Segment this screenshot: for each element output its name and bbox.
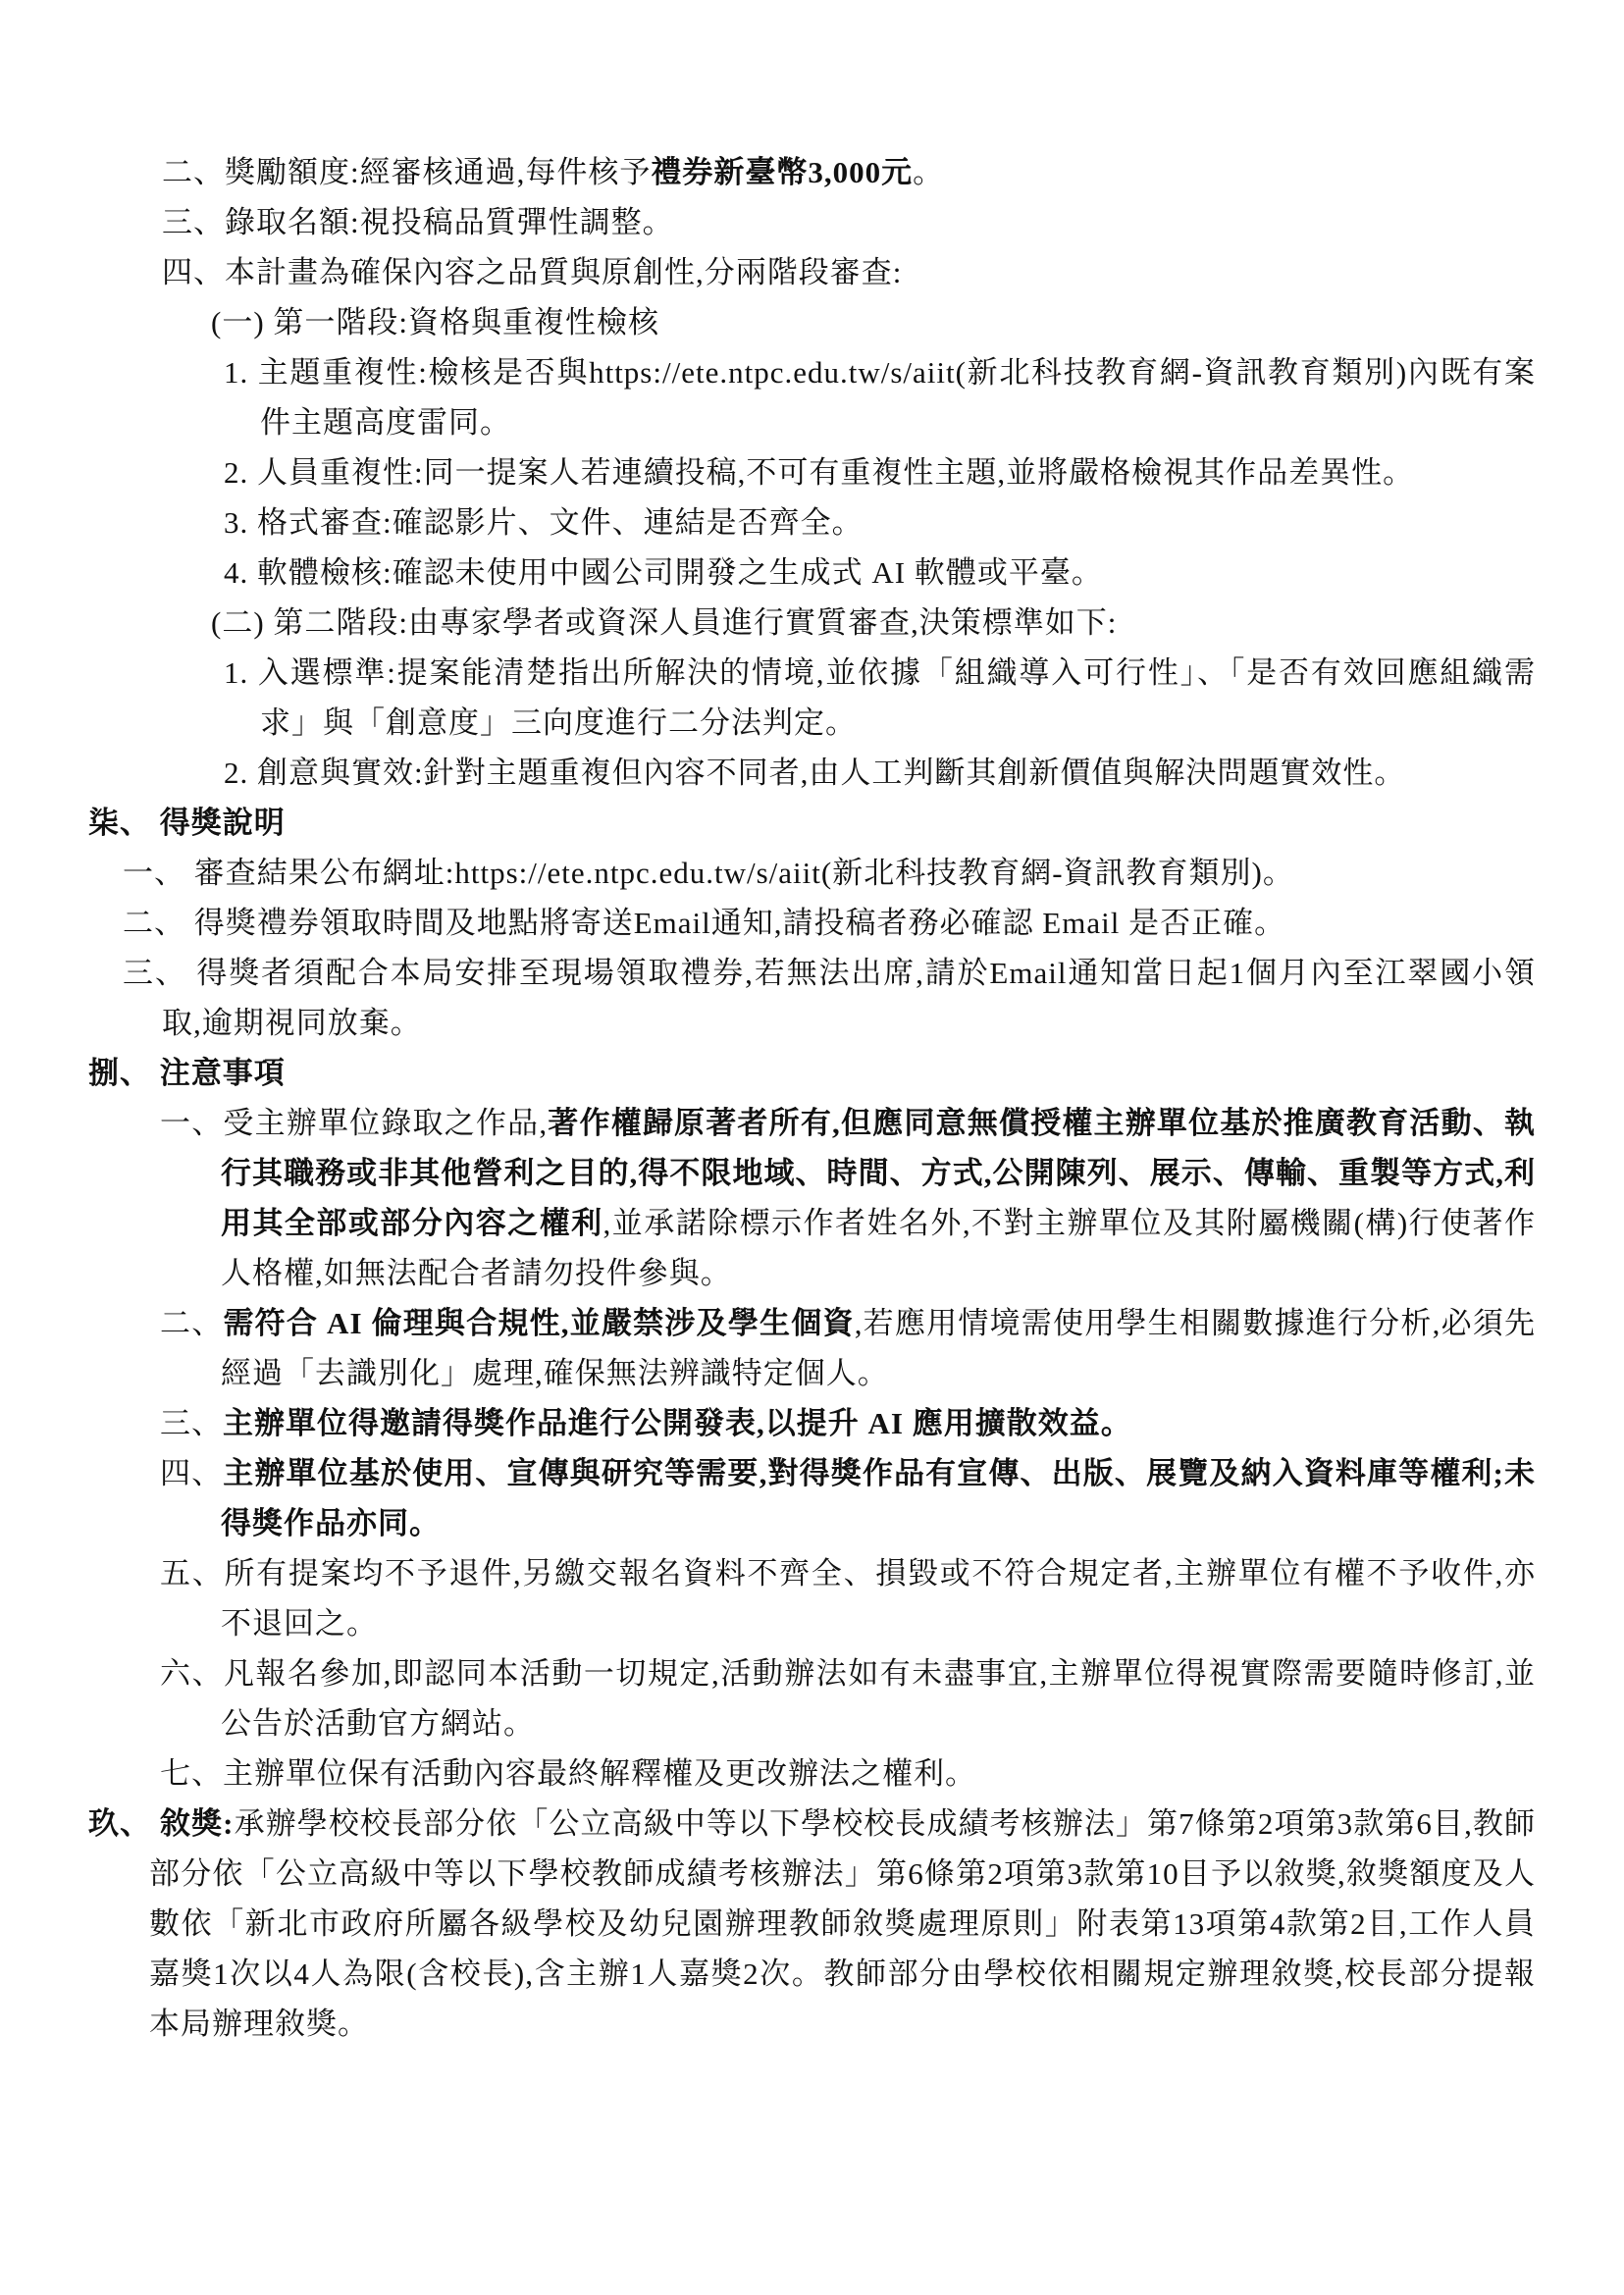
paragraph: 三、錄取名額:視投稿品質彈性調整。 [88,197,1536,247]
text-run: (一) 第一階段:資格與重複性檢核 [211,305,659,339]
bold-text-run: 玖、 敘獎: [88,1806,235,1841]
document-page: 二、獎勵額度:經審核通過,每件核予禮券新臺幣3,000元。三、錄取名額:視投稿品… [0,0,1624,2295]
paragraph: 七、主辦單位保有活動內容最終解釋權及更改辦法之權利。 [88,1748,1536,1799]
text-run: 2. 創意與實效:針對主題重複但內容不同者,由人工判斷其創新價值與解決問題實效性… [224,756,1405,790]
paragraph: 捌、 注意事項 [88,1048,1536,1098]
text-run: 二、 [160,1306,223,1340]
text-run: 五、所有提案均不予退件,另繳交報名資料不齊全、損毀或不符合規定者,主辦單位有權不… [160,1556,1536,1641]
bold-text-run: 需符合 AI 倫理與合規性,並嚴禁涉及學生個資 [223,1306,854,1340]
text-run: 1. 入選標準:提案能清楚指出所解決的情境,並依據「組織導入可行性」、「是否有效… [224,655,1536,740]
paragraph: 四、本計畫為確保內容之品質與原創性,分兩階段審查: [88,247,1536,297]
text-run: 2. 人員重複性:同一提案人若連續投稿,不可有重複性主題,並將嚴格檢視其作品差異… [224,455,1414,490]
paragraph: 四、主辦單位基於使用、宣傳與研究等需要,對得獎作品有宣傳、出版、展覽及納入資料庫… [88,1448,1536,1548]
text-run: 。 [913,155,944,189]
paragraph: 2. 人員重複性:同一提案人若連續投稿,不可有重複性主題,並將嚴格檢視其作品差異… [88,447,1536,497]
paragraph: 1. 入選標準:提案能清楚指出所解決的情境,並依據「組織導入可行性」、「是否有效… [88,648,1536,748]
document-body: 二、獎勵額度:經審核通過,每件核予禮券新臺幣3,000元。三、錄取名額:視投稿品… [88,147,1536,2049]
text-run: 三、 得獎者須配合本局安排至現場領取禮券,若無法出席,請於Email通知當日起1… [123,956,1536,1040]
text-run: 二、獎勵額度:經審核通過,每件核予 [162,155,651,189]
text-run: 3. 格式審查:確認影片、文件、連結是否齊全。 [224,505,864,540]
bold-text-run: 柒、 得獎說明 [88,806,286,840]
paragraph: 柒、 得獎說明 [88,798,1536,848]
paragraph: (二) 第二階段:由專家學者或資深人員進行實質審查,決策標準如下: [88,598,1536,648]
text-run: 一、 審查結果公布網址:https://ete.ntpc.edu.tw/s/ai… [123,856,1294,890]
paragraph: 三、主辦單位得邀請得獎作品進行公開發表,以提升 AI 應用擴散效益。 [88,1398,1536,1448]
text-run: 六、凡報名參加,即認同本活動一切規定,活動辦法如有未盡事宜,主辦單位得視實際需要… [160,1656,1536,1741]
text-run: 承辦學校校長部分依「公立高級中等以下學校校長成績考核辦法」第7條第2項第3款第6… [149,1806,1536,2041]
paragraph: 一、受主辦單位錄取之作品,著作權歸原著者所有,但應同意無償授權主辦單位基於推廣教… [88,1098,1536,1298]
paragraph: 一、 審查結果公布網址:https://ete.ntpc.edu.tw/s/ai… [88,848,1536,898]
text-run: 二、 得獎禮券領取時間及地點將寄送Email通知,請投稿者務必確認 Email … [123,906,1285,940]
paragraph: 二、需符合 AI 倫理與合規性,並嚴禁涉及學生個資,若應用情境需使用學生相關數據… [88,1298,1536,1398]
text-run: 1. 主題重複性:檢核是否與https://ete.ntpc.edu.tw/s/… [224,355,1536,440]
paragraph: 二、獎勵額度:經審核通過,每件核予禮券新臺幣3,000元。 [88,147,1536,197]
bold-text-run: 主辦單位得邀請得獎作品進行公開發表,以提升 AI 應用擴散效益。 [223,1406,1132,1440]
text-run: 四、 [160,1456,223,1490]
text-run: 七、主辦單位保有活動內容最終解釋權及更改辦法之權利。 [160,1756,976,1791]
paragraph: 1. 主題重複性:檢核是否與https://ete.ntpc.edu.tw/s/… [88,347,1536,447]
paragraph: 五、所有提案均不予退件,另繳交報名資料不齊全、損毀或不符合規定者,主辦單位有權不… [88,1548,1536,1648]
paragraph: 3. 格式審查:確認影片、文件、連結是否齊全。 [88,497,1536,548]
paragraph: 三、 得獎者須配合本局安排至現場領取禮券,若無法出席,請於Email通知當日起1… [88,948,1536,1048]
text-run: 三、 [160,1406,223,1440]
text-run: (二) 第二階段:由專家學者或資深人員進行實質審查,決策標準如下: [211,605,1117,640]
paragraph: 玖、 敘獎:承辦學校校長部分依「公立高級中等以下學校校長成績考核辦法」第7條第2… [88,1799,1536,2049]
paragraph: (一) 第一階段:資格與重複性檢核 [88,297,1536,347]
text-run: 一、受主辦單位錄取之作品, [160,1106,548,1140]
bold-text-run: 主辦單位基於使用、宣傳與研究等需要,對得獎作品有宣傳、出版、展覽及納入資料庫等權… [221,1456,1536,1540]
paragraph: 2. 創意與實效:針對主題重複但內容不同者,由人工判斷其創新價值與解決問題實效性… [88,748,1536,798]
bold-text-run: 禮券新臺幣3,000元 [651,155,913,189]
paragraph: 二、 得獎禮券領取時間及地點將寄送Email通知,請投稿者務必確認 Email … [88,898,1536,948]
text-run: 四、本計畫為確保內容之品質與原創性,分兩階段審查: [162,255,902,289]
text-run: 4. 軟體檢核:確認未使用中國公司開發之生成式 AI 軟體或平臺。 [224,555,1103,590]
paragraph: 六、凡報名參加,即認同本活動一切規定,活動辦法如有未盡事宜,主辦單位得視實際需要… [88,1648,1536,1748]
text-run: 三、錄取名額:視投稿品質彈性調整。 [162,205,674,239]
bold-text-run: 捌、 注意事項 [88,1056,286,1090]
paragraph: 4. 軟體檢核:確認未使用中國公司開發之生成式 AI 軟體或平臺。 [88,548,1536,598]
